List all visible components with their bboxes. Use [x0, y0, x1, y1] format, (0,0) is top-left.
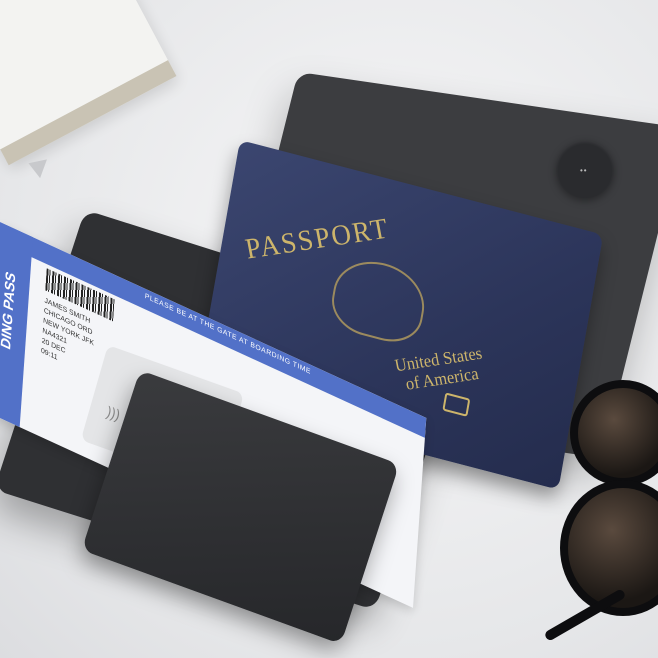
product-scene: PASSPORT United States of America •• PLE…: [0, 0, 658, 658]
notebook-spine: [0, 60, 176, 165]
passport-country: United States of America: [393, 343, 487, 395]
stub-title: DING PASS: [0, 269, 18, 352]
clasp-dots: ••: [580, 166, 588, 175]
eagle-seal-icon: [327, 252, 430, 349]
notebook: [0, 0, 176, 165]
decorative-triangle: [25, 154, 47, 178]
biometric-chip-icon: [442, 392, 470, 416]
boarding-pass-stub: DING PASS: [0, 222, 33, 427]
contactless-icon: ))): [105, 403, 122, 424]
sunglasses: [540, 380, 658, 640]
sunglasses-lens-top: [570, 380, 658, 486]
magnetic-clasp-icon: ••: [556, 140, 614, 198]
passport-title: PASSPORT: [243, 213, 392, 267]
